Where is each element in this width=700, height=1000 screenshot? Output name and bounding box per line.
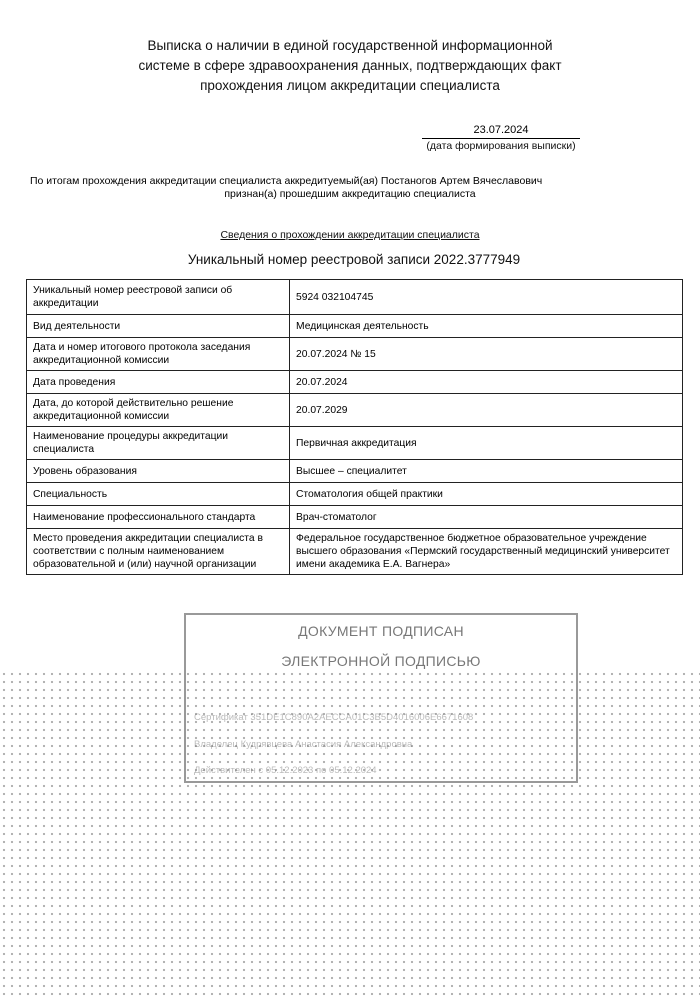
row-value: 20.07.2024 — [290, 371, 683, 394]
row-label: Наименование процедуры аккредитации спец… — [27, 427, 290, 460]
row-label: Место проведения аккредитации специалист… — [27, 529, 290, 575]
table-row: Дата и номер итогового протокола заседан… — [27, 338, 683, 371]
table-row: Уникальный номер реестровой записи об ак… — [27, 280, 683, 315]
extract-date-block: 23.07.2024 (дата формирования выписки) — [422, 124, 580, 153]
row-label: Уникальный номер реестровой записи об ак… — [27, 280, 290, 315]
row-value: Федеральное государственное бюджетное об… — [290, 529, 683, 575]
row-value: Первичная аккредитация — [290, 427, 683, 460]
section-heading: Сведения о прохождении аккредитации спец… — [0, 229, 700, 241]
electronic-signature-stamp: ДОКУМЕНТ ПОДПИСАН ЭЛЕКТРОННОЙ ПОДПИСЬЮ С… — [184, 613, 578, 783]
table-row: Наименование процедуры аккредитации спец… — [27, 427, 683, 460]
stamp-certificate: Сертификат 351DE1C890A2AECCA01C3B5D40160… — [194, 712, 473, 723]
extract-date: 23.07.2024 — [422, 124, 580, 139]
row-label: Уровень образования — [27, 460, 290, 483]
row-label: Дата и номер итогового протокола заседан… — [27, 338, 290, 371]
row-label: Специальность — [27, 483, 290, 506]
stamp-validity: Действителен с 05.12.2023 по 05.12.2024 — [194, 765, 377, 776]
table-row: Дата проведения20.07.2024 — [27, 371, 683, 394]
table-row: Вид деятельностиМедицинская деятельность — [27, 315, 683, 338]
document-title: Выписка о наличии в единой государственн… — [0, 36, 700, 96]
row-value: Медицинская деятельность — [290, 315, 683, 338]
row-value: 20.07.2024 № 15 — [290, 338, 683, 371]
row-label: Вид деятельности — [27, 315, 290, 338]
title-line-2: системе в сфере здравоохранения данных, … — [0, 56, 700, 76]
row-value: 20.07.2029 — [290, 394, 683, 427]
registry-record-heading: Уникальный номер реестровой записи 2022.… — [0, 252, 700, 267]
accreditation-table: Уникальный номер реестровой записи об ак… — [26, 279, 683, 575]
table-row: Наименование профессионального стандарта… — [27, 506, 683, 529]
stamp-title-2: ЭЛЕКТРОННОЙ ПОДПИСЬЮ — [186, 653, 576, 669]
intro-line-1: По итогам прохождения аккредитации специ… — [30, 175, 542, 188]
table-row: СпециальностьСтоматология общей практики — [27, 483, 683, 506]
stamp-title-1: ДОКУМЕНТ ПОДПИСАН — [186, 623, 576, 639]
row-label: Дата, до которой действительно решение а… — [27, 394, 290, 427]
row-label: Наименование профессионального стандарта — [27, 506, 290, 529]
row-value: Высшее – специалитет — [290, 460, 683, 483]
title-line-3: прохождения лицом аккредитации специалис… — [0, 76, 700, 96]
row-value: 5924 032104745 — [290, 280, 683, 315]
row-value: Врач-стоматолог — [290, 506, 683, 529]
extract-date-caption: (дата формирования выписки) — [422, 139, 580, 153]
table-row: Уровень образованияВысшее – специалитет — [27, 460, 683, 483]
stamp-owner: Владелец Кудрявцева Анастасия Александро… — [194, 739, 412, 750]
table-row: Место проведения аккредитации специалист… — [27, 529, 683, 575]
table-row: Дата, до которой действительно решение а… — [27, 394, 683, 427]
title-line-1: Выписка о наличии в единой государственн… — [0, 36, 700, 56]
intro-line-2: признан(а) прошедшим аккредитацию специа… — [0, 188, 700, 201]
row-value: Стоматология общей практики — [290, 483, 683, 506]
row-label: Дата проведения — [27, 371, 290, 394]
